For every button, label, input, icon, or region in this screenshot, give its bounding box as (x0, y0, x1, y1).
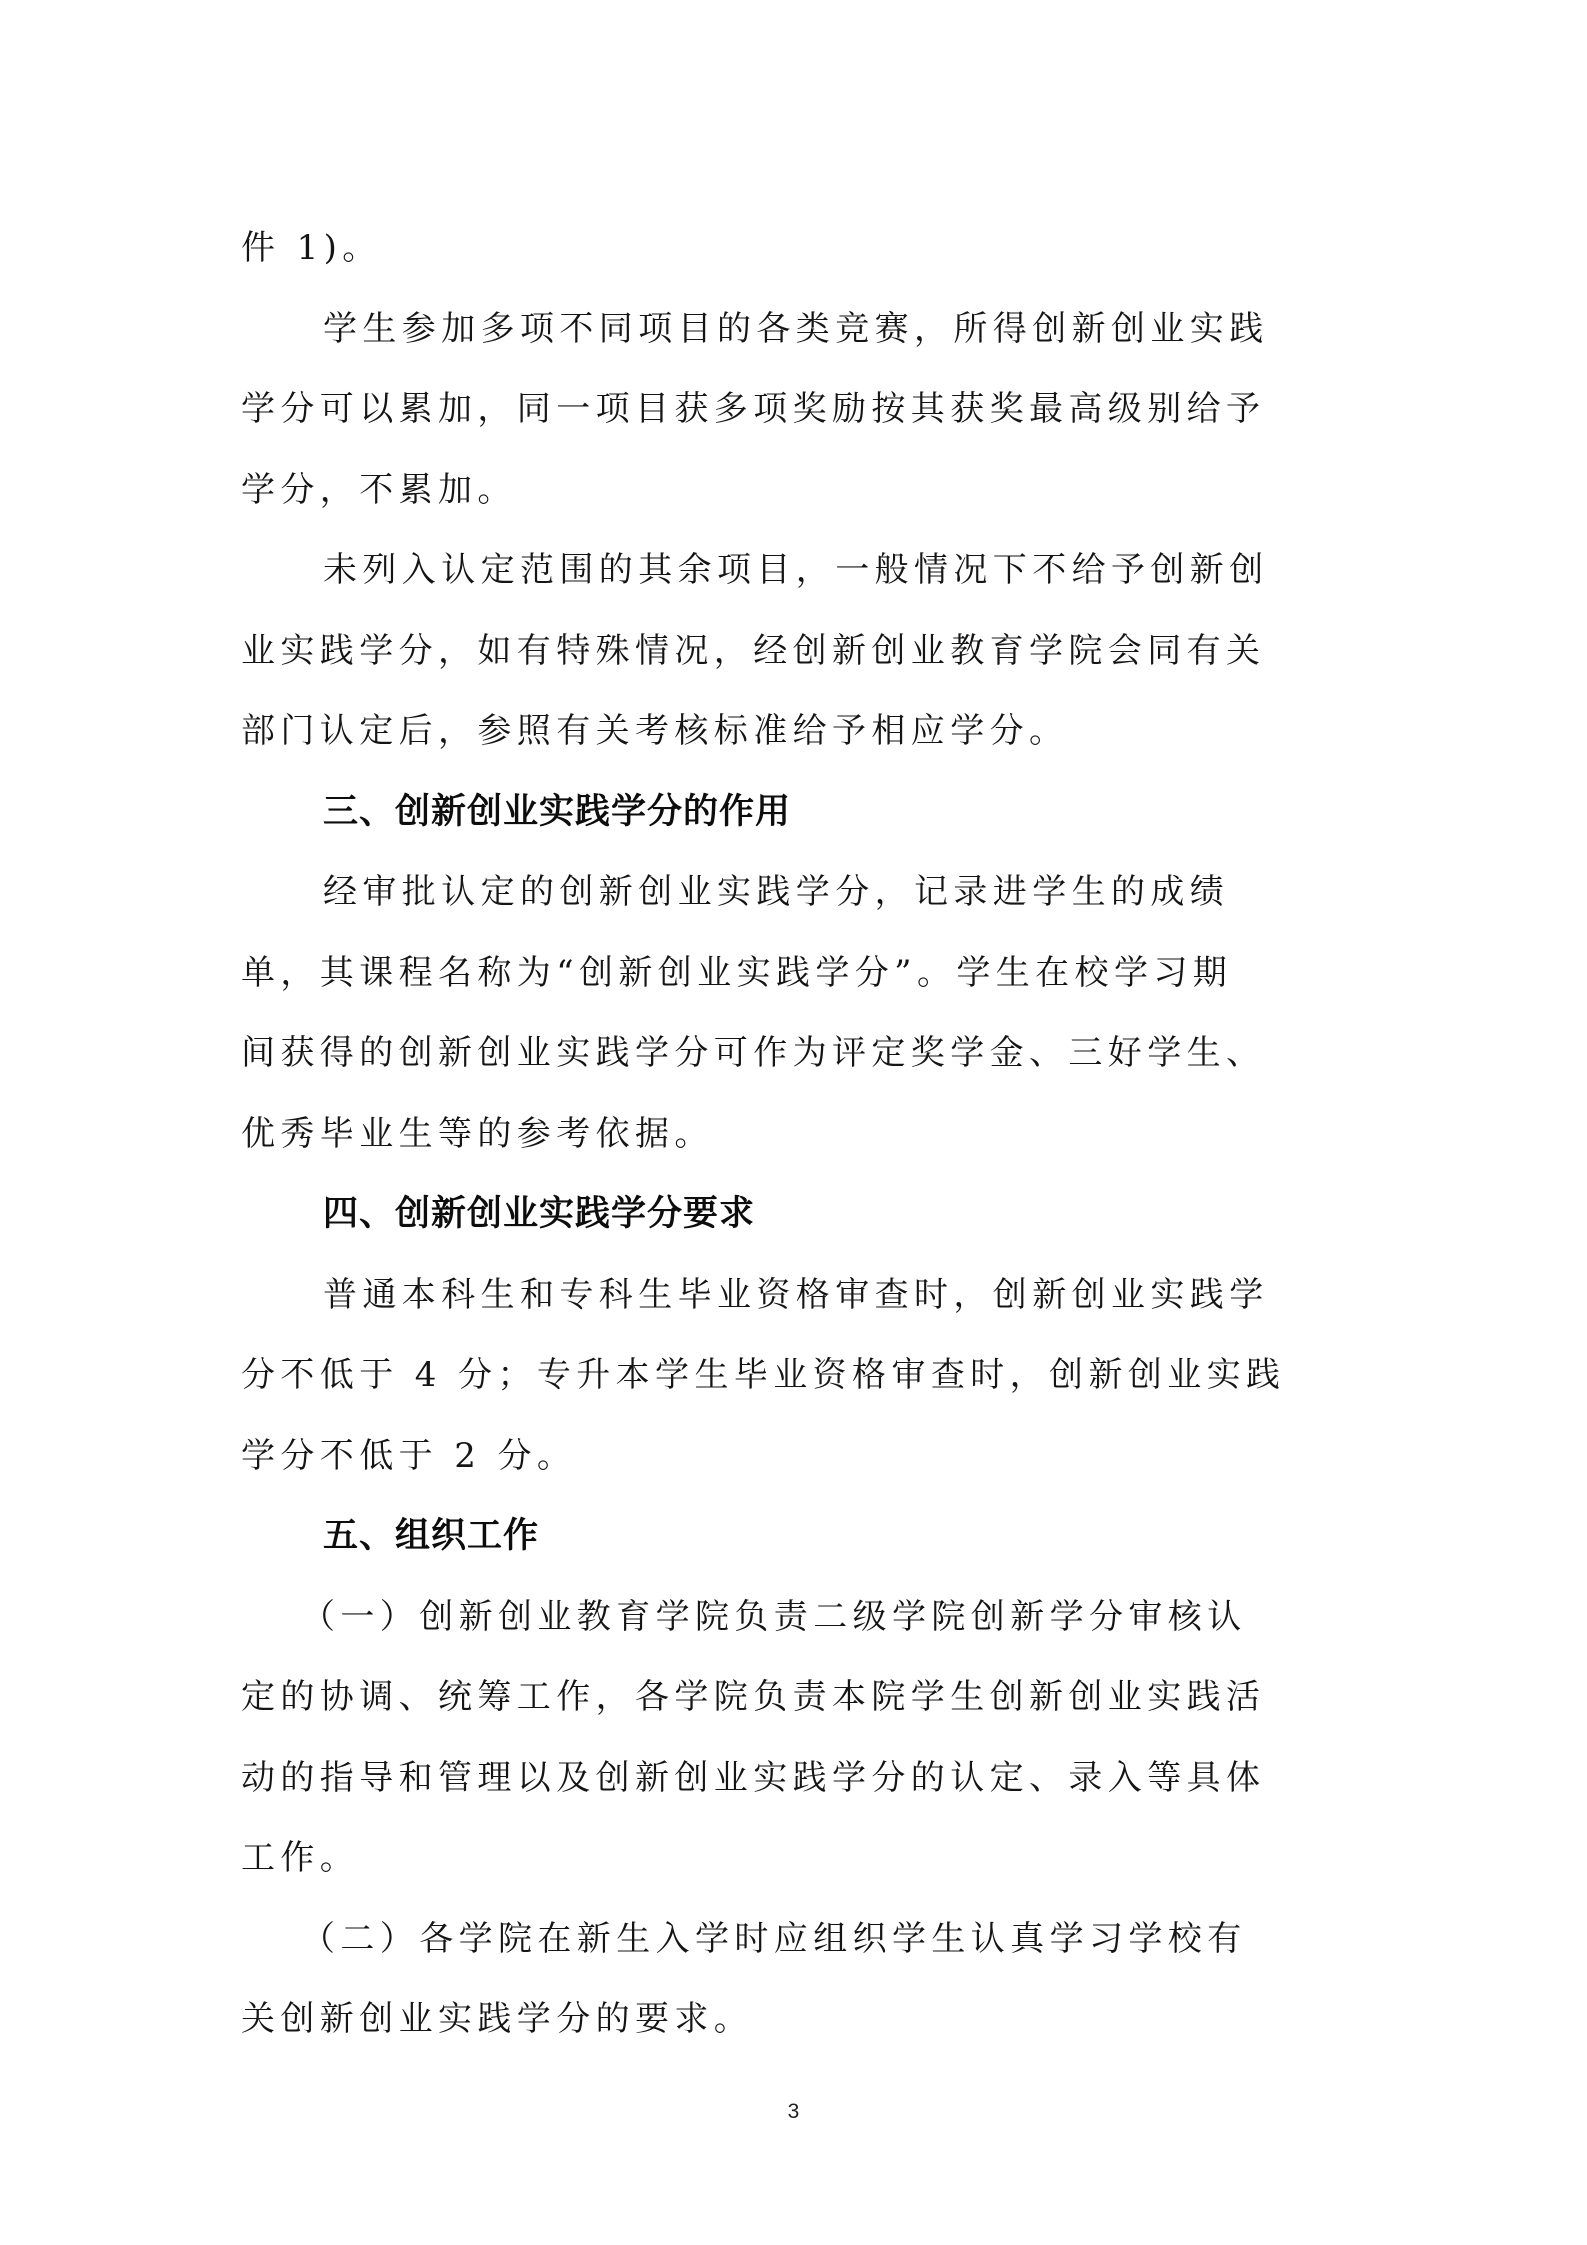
paragraph-organization-2: （二）各学院在新生入学时应组织学生认真学习学校有 关创新创业实践学分的要求。 (241, 1899, 1361, 2060)
text-line: 未列入认定范围的其余项目，一般情况下不给予创新创 (241, 530, 1361, 611)
paragraph-credit-role: 经审批认定的创新创业实践学分，记录进学生的成绩 单，其课程名称为“创新创业实践学… (241, 852, 1361, 1174)
text-line: 动的指导和管理以及创新创业实践学分的认定、录入等具体 (241, 1738, 1361, 1819)
paragraph-organization-1: （一）创新创业教育学院负责二级学院创新学分审核认 定的协调、统筹工作，各学院负责… (241, 1577, 1361, 1899)
document-body: 件 1)。 学生参加多项不同项目的各类竞赛，所得创新创业实践 学分可以累加，同一… (241, 208, 1361, 2060)
document-page: 件 1)。 学生参加多项不同项目的各类竞赛，所得创新创业实践 学分可以累加，同一… (0, 0, 1587, 2245)
paragraph-unlisted-items: 未列入认定范围的其余项目，一般情况下不给予创新创 业实践学分，如有特殊情况，经创… (241, 530, 1361, 772)
text-line: 学生参加多项不同项目的各类竞赛，所得创新创业实践 (241, 289, 1361, 370)
paragraph-continuation: 件 1)。 (241, 208, 1361, 289)
section-heading: 五、组织工作 (241, 1496, 1361, 1577)
section-heading-role: 三、创新创业实践学分的作用 (241, 772, 1361, 853)
section-heading: 三、创新创业实践学分的作用 (241, 772, 1361, 853)
text-line: （一）创新创业教育学院负责二级学院创新学分审核认 (241, 1577, 1361, 1658)
text-line: 间获得的创新创业实践学分可作为评定奖学金、三好学生、 (241, 1013, 1361, 1094)
text-line: 优秀毕业生等的参考依据。 (241, 1094, 1361, 1175)
section-heading-organization: 五、组织工作 (241, 1496, 1361, 1577)
text-line: 学分，不累加。 (241, 450, 1361, 531)
text-line: 定的协调、统筹工作，各学院负责本院学生创新创业实践活 (241, 1657, 1361, 1738)
page-number: 3 (0, 2100, 1587, 2124)
text-line: 学分可以累加，同一项目获多项奖励按其获奖最高级别给予 (241, 369, 1361, 450)
text-line: 分不低于 4 分；专升本学生毕业资格审查时，创新创业实践 (241, 1335, 1361, 1416)
text-line: 件 1)。 (241, 208, 1361, 289)
paragraph-credit-requirements: 普通本科生和专科生毕业资格审查时，创新创业实践学 分不低于 4 分；专升本学生毕… (241, 1255, 1361, 1497)
text-line: 业实践学分，如有特殊情况，经创新创业教育学院会同有关 (241, 611, 1361, 692)
text-line: 单，其课程名称为“创新创业实践学分”。学生在校学习期 (241, 933, 1361, 1014)
text-line: 经审批认定的创新创业实践学分，记录进学生的成绩 (241, 852, 1361, 933)
text-line: 工作。 (241, 1818, 1361, 1899)
text-line: （二）各学院在新生入学时应组织学生认真学习学校有 (241, 1899, 1361, 1980)
text-line: 关创新创业实践学分的要求。 (241, 1979, 1361, 2060)
section-heading-requirements: 四、创新创业实践学分要求 (241, 1174, 1361, 1255)
paragraph-cumulative-credits: 学生参加多项不同项目的各类竞赛，所得创新创业实践 学分可以累加，同一项目获多项奖… (241, 289, 1361, 531)
text-line: 学分不低于 2 分。 (241, 1416, 1361, 1497)
text-line: 部门认定后，参照有关考核标准给予相应学分。 (241, 691, 1361, 772)
text-line: 普通本科生和专科生毕业资格审查时，创新创业实践学 (241, 1255, 1361, 1336)
section-heading: 四、创新创业实践学分要求 (241, 1174, 1361, 1255)
